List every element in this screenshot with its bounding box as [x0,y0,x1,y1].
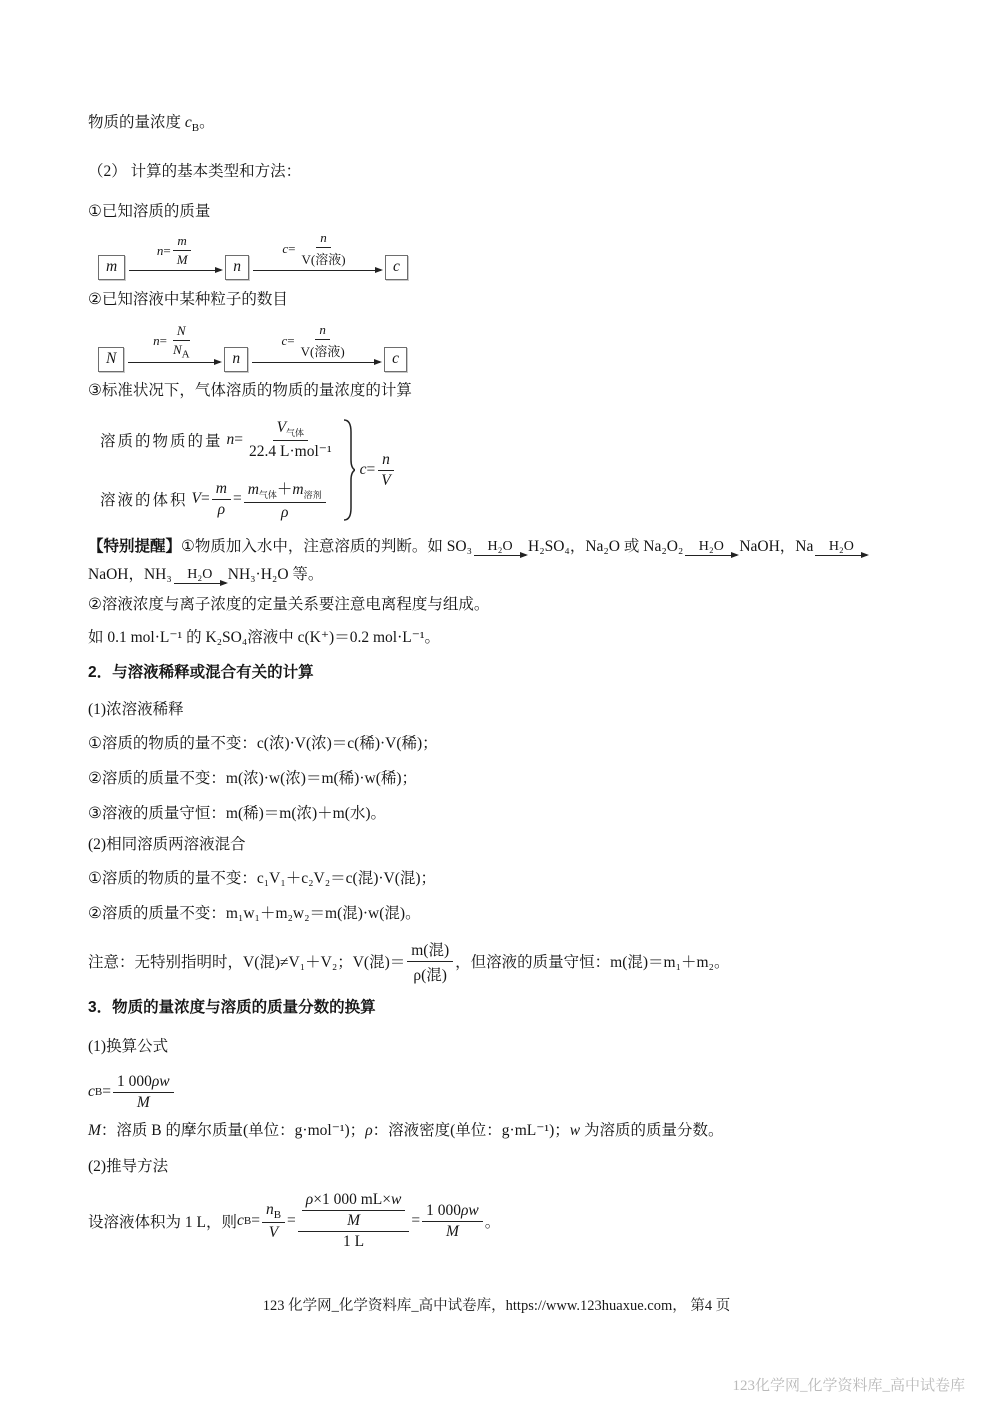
reminder-seg5: NH₃·H₂O 等。 [228,562,324,584]
f2-plus: ＋ [277,481,293,498]
mixing-item-1: ①溶质的物质的量不变：c₁V₁＋c₂V₂＝c(混)·V(混)； [88,868,928,889]
cb-eq: = [102,1083,111,1101]
deriv-inner-num: ρ×1 000 mL×w [302,1191,406,1211]
h2o-arrow-1: H₂O [474,539,526,556]
f2-num-b-sub: 溶剂 [304,490,322,500]
h2o-arrow-4: H₂O [174,567,226,584]
dilution-item-1: ①溶质的物质的量不变：c(浓)·V(浓)＝c(稀)·V(稀)； [88,733,928,754]
m-var: M [88,1122,101,1139]
note-seg1: 注意：无特别指明时，V(混)≠V₁＋V₂；V(混)＝ [88,950,405,972]
derivation-line: 设溶液体积为 1 L，则 cB= nBV = ρ×1 000 mL×wM 1 L… [88,1186,928,1256]
type1-label: ①已知溶质的质量 [88,201,928,222]
a2-eq: = [288,241,295,257]
arrow-line [474,555,526,556]
gas-eq1-num-var: V [277,419,286,436]
gas-eq2-f1-den: ρ [214,500,229,519]
b2-eq: = [287,333,294,349]
type2-label: ②已知溶液中某种粒子的数目 [88,289,928,310]
gas-eq1-num: V气体 [273,419,308,441]
gas-equations: 溶质的物质的量 n= V气体22.4 L·mol⁻¹ 溶液的体积 V= mρ =… [100,419,338,522]
curly-brace [341,418,355,522]
h2o-label: H₂O [829,539,854,554]
arrow-line [128,362,220,363]
deriv-nb-sub: B [274,1209,281,1221]
diagram1-box-n: n [225,255,249,280]
gas-eq2-eq: = [201,490,210,508]
inner-mid: ×1 000 mL× [313,1191,391,1208]
flow-diagram-particles: N n=NNA n c=nV(溶液) c [98,320,928,372]
gas-result-var: c [360,461,367,479]
m-seg2: ：溶液密度(单位：g·mL⁻¹)； [373,1122,570,1139]
inner-w: w [391,1191,401,1208]
diagram2-arrow2-label: c=nV(溶液) [282,322,351,360]
mixing-label: (2)相同溶质两溶液混合 [88,834,928,855]
section2-heading: 2．与溶液稀释或混合有关的计算 [88,662,928,683]
flow-diagram-mass: m n=mM n c=nV(溶液) c [98,232,928,280]
item2-heading: （2） 计算的基本类型和方法： [88,161,928,182]
a2-den: V(溶液) [297,248,349,268]
diagram1-arrow1-label: n=mM [157,233,194,268]
deriv-nb-den: V [265,1223,282,1242]
reminder-item-2: ②溶液浓度与离子浓度的定量关系要注意电离程度与组成。 [88,594,928,615]
h2o-arrow-3: H₂O [815,539,867,556]
gas-result-den: V [377,471,394,490]
intro-line: 物质的量浓度 cB。 [88,112,928,139]
f2-num-b: m [292,481,303,498]
intro-period: 。 [199,114,215,131]
a2-num: n [316,230,331,248]
deriv-inner-den: M [343,1211,364,1230]
deriv-period: 。 [485,1210,501,1232]
w-var: w [570,1122,580,1139]
gas-eq1-label: 溶质的物质的量 [100,429,223,451]
reminder-line-1: 【特别提醒】①物质加入水中，注意溶质的判断。如 SO₃ H₂O H₂SO₄，Na… [88,534,928,556]
b1-den-var: N [173,342,182,357]
deriv-cb-var: c [237,1212,244,1230]
arrow-line [129,270,221,271]
gas-result: c= nV [360,451,397,490]
note-line: 注意：无特别指明时，V(混)≠V₁＋V₂；V(混)＝ m(混)ρ(混) ，但溶液… [88,938,928,984]
final-num-italic: ρw [461,1202,479,1219]
f2-num-a-sub: 气体 [259,490,277,500]
b2-den: V(溶液) [297,340,349,360]
cb-num: 1 000ρw [113,1073,174,1093]
deriv-final-num: 1 000ρw [422,1202,483,1222]
deriv-eq2: = [287,1212,296,1230]
reminder-seg3: NaOH，Na [739,534,813,556]
arrow-line [685,555,737,556]
document-page: 物质的量浓度 cB。 （2） 计算的基本类型和方法： ①已知溶质的质量 m n=… [0,0,993,1404]
b1-eq: = [160,333,167,349]
deriv-final-den: M [442,1222,463,1241]
diagram1-box-c: c [385,255,408,280]
site-watermark: 123化学网_化学资料库_高中试卷库 [732,1374,965,1395]
arrow-line [815,555,867,556]
dilution-item-3: ③溶液的质量守恒：m(稀)＝m(浓)＋m(水)。 [88,803,928,824]
cb-formula: cB= 1 000ρwM [88,1069,928,1115]
gas-eq-mole: 溶质的物质的量 n= V气体22.4 L·mol⁻¹ [100,419,338,461]
gas-eq2-label: 溶液的体积 [100,488,188,510]
b1-num: N [173,323,190,341]
reminder-seg2: H₂SO₄，Na₂O 或 Na₂O₂ [528,534,683,556]
a1-eq: = [163,243,170,259]
arrow-line [174,583,226,584]
gas-eq2-f2-den: ρ [277,503,292,522]
cb-num-italic: ρw [152,1073,170,1090]
rho-var: ρ [365,1122,372,1139]
gas-result-num: n [378,451,394,471]
cb-num-plain: 1 000 [117,1073,152,1090]
gas-eq2-f2-num: m气体＋m溶剂 [244,477,326,503]
diagram2-arrow1-label: n=NNA [153,323,195,361]
cb-sub: B [95,1086,102,1098]
note-frac-num: m(混) [407,938,453,962]
arrow-line [253,270,381,271]
gas-eq2-eq2: = [233,490,242,508]
gas-result-eq: = [366,461,375,479]
type3-label: ③标准状况下，气体溶质的物质的量浓度的计算 [88,380,928,401]
reminder-seg4: NaOH，NH₃ [88,562,172,584]
h2o-label: H₂O [699,539,724,554]
final-num-plain: 1 000 [426,1202,461,1219]
gas-eq1-den: 22.4 L·mol⁻¹ [245,441,336,461]
b2-num: n [315,322,330,340]
mixing-item-2: ②溶质的质量不变：m₁w₁＋m₂w₂＝m(混)·w(混)。 [88,903,928,924]
gas-eq-volume: 溶液的体积 V= mρ = m气体＋m溶剂ρ [100,477,338,522]
diagram2-arrow-1: n=NNA [128,323,220,364]
deriv-seg1: 设溶液体积为 1 L，则 [88,1210,237,1232]
dilution-label: (1)浓溶液稀释 [88,699,928,720]
diagram1-arrow2-label: c=nV(溶液) [282,230,351,268]
convert-label: (1)换算公式 [88,1036,928,1057]
deriv-nb-var: n [266,1201,274,1218]
diagram1-box-m: m [98,255,125,280]
reminder-prefix: 【特别提醒】 [88,534,181,556]
page-footer: 123 化学网_化学资料库_高中试卷库，https://www.123huaxu… [0,1294,993,1315]
b1-den: NA [169,341,194,361]
a1-num: m [173,233,190,251]
gas-eq1-eq: = [234,431,243,449]
arrow-line [252,362,380,363]
h2o-arrow-2: H₂O [685,539,737,556]
diagram2-box-c: c [384,347,407,372]
deriv-eq1: = [251,1212,260,1230]
reminder-seg1: ①物质加入水中，注意溶质的判断。如 SO₃ [181,534,472,556]
deriv-bigfrac: ρ×1 000 mL×wM 1 L [298,1191,410,1251]
m-seg3: 为溶质的质量分数。 [580,1122,723,1139]
derive-label: (2)推导方法 [88,1156,928,1177]
gas-eq1-num-sub: 气体 [286,428,304,438]
h2o-label: H₂O [187,567,212,582]
note-frac-den: ρ(混) [409,962,451,985]
deriv-cb-sub: B [244,1215,251,1227]
deriv-nb-num: nB [262,1201,285,1223]
gas-formula-block: 溶质的物质的量 n= V气体22.4 L·mol⁻¹ 溶液的体积 V= mρ =… [100,418,928,522]
cb-den: M [133,1093,154,1112]
note-seg2: ，但溶液的质量守恒：m(混)＝m₁＋m₂。 [455,950,729,972]
deriv-outer-den: 1 L [339,1232,368,1251]
dilution-item-2: ②溶质的质量不变：m(浓)·w(浓)＝m(稀)·w(稀)； [88,768,928,789]
gas-eq2-f1-num: m [212,480,231,500]
gas-eq1-var: n [227,431,235,449]
deriv-eq3: = [411,1212,420,1230]
diagram2-box-N: N [98,347,124,372]
m-definition-line: M：溶质 B 的摩尔质量(单位：g·mol⁻¹)；ρ：溶液密度(单位：g·mL⁻… [88,1120,928,1141]
deriv-bigfrac-num: ρ×1 000 mL×wM [298,1191,410,1232]
section3-heading: 3．物质的量浓度与溶质的质量分数的换算 [88,997,928,1018]
f2-num-a: m [248,481,259,498]
diagram2-arrow-2: c=nV(溶液) [252,322,380,363]
m-seg1: ：溶质 B 的摩尔质量(单位：g·mol⁻¹)； [101,1122,365,1139]
reminder-line-2: NaOH，NH₃ H₂O NH₃·H₂O 等。 [88,562,928,584]
example-line: 如 0.1 mol·L⁻¹ 的 K₂SO₄溶液中 c(K⁺)＝0.2 mol·L… [88,627,928,648]
document-content: 物质的量浓度 cB。 （2） 计算的基本类型和方法： ①已知溶质的质量 m n=… [88,112,928,1256]
diagram1-arrow-2: c=nV(溶液) [253,230,381,271]
h2o-label: H₂O [487,539,512,554]
b1-den-sub: A [182,348,190,360]
var-c: c [185,114,192,131]
diagram2-box-n: n [224,347,248,372]
cb-var: c [88,1083,95,1101]
intro-text: 物质的量浓度 [88,114,185,131]
gas-eq2-var: V [192,490,201,508]
diagram1-arrow-1: n=mM [129,233,221,271]
a1-den: M [173,251,192,268]
